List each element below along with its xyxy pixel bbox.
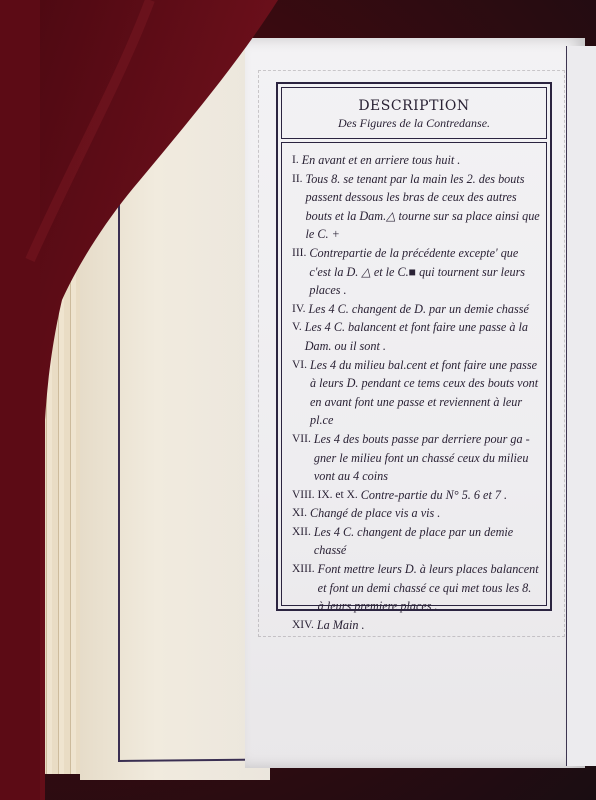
next-page-edge (566, 46, 596, 766)
figure-number: VI. (292, 356, 307, 430)
figure-item: XI.Changé de place vis a vis . (292, 504, 540, 523)
figure-text: Font mettre leurs D. à leurs places bala… (318, 560, 540, 616)
figure-item: III.Contrepartie de la précédente except… (292, 244, 540, 300)
figure-item: VII.Les 4 des bouts passe par derriere p… (292, 430, 540, 486)
figure-number: VIII. IX. et X. (292, 486, 358, 505)
figure-number: II. (292, 170, 303, 244)
figure-item: II.Tous 8. se tenant par la main les 2. … (292, 170, 540, 244)
figure-item: VI.Les 4 du milieu bal.cent et font fair… (292, 356, 540, 430)
figure-text: En avant et en arriere tous huit . (302, 151, 461, 170)
figure-number: XIII. (292, 560, 315, 616)
figure-item: VIII. IX. et X.Contre-partie du N° 5. 6 … (292, 486, 540, 505)
description-frame: DESCRIPTION Des Figures de la Contredans… (276, 82, 552, 611)
page-title: DESCRIPTION (282, 98, 546, 114)
figure-text: Les 4 C. changent de D. par un demie cha… (309, 300, 529, 319)
figure-number: III. (292, 244, 306, 300)
figure-number: V. (292, 318, 302, 355)
figure-text: Les 4 du milieu bal.cent et font faire u… (310, 356, 540, 430)
figure-text: Contrepartie de la précédente excepte' q… (309, 244, 540, 300)
figure-text: Les 4 des bouts passe par derriere pour … (314, 430, 540, 486)
figure-item: XIV.La Main . (292, 616, 540, 635)
figure-number: XI. (292, 504, 307, 523)
left-page (80, 40, 270, 780)
figure-text: Changé de place vis a vis . (310, 504, 440, 523)
figure-number: I. (292, 151, 299, 170)
figure-text: Tous 8. se tenant par la main les 2. des… (306, 170, 540, 244)
figure-text: Les 4 C. changent de place par un demie … (314, 523, 540, 560)
figures-list: I.En avant et en arriere tous huit . II.… (281, 142, 547, 606)
figure-number: IV. (292, 300, 306, 319)
figure-item: XII.Les 4 C. changent de place par un de… (292, 523, 540, 560)
figure-text: Contre-partie du N° 5. 6 et 7 . (361, 486, 507, 505)
page-subtitle: Des Figures de la Contredanse. (282, 116, 546, 131)
figure-text: La Main . (317, 616, 365, 635)
figure-item: XIII.Font mettre leurs D. à leurs places… (292, 560, 540, 616)
figure-number: XIV. (292, 616, 314, 635)
figure-number: VII. (292, 430, 311, 486)
figure-item: V.Les 4 C. balancent et font faire une p… (292, 318, 540, 355)
figure-item: IV.Les 4 C. changent de D. par un demie … (292, 300, 540, 319)
figure-text: Les 4 C. balancent et font faire une pas… (305, 318, 540, 355)
title-box: DESCRIPTION Des Figures de la Contredans… (281, 87, 547, 139)
figure-number: XII. (292, 523, 311, 560)
left-page-border-rule (118, 60, 120, 760)
figure-item: I.En avant et en arriere tous huit . (292, 151, 540, 170)
